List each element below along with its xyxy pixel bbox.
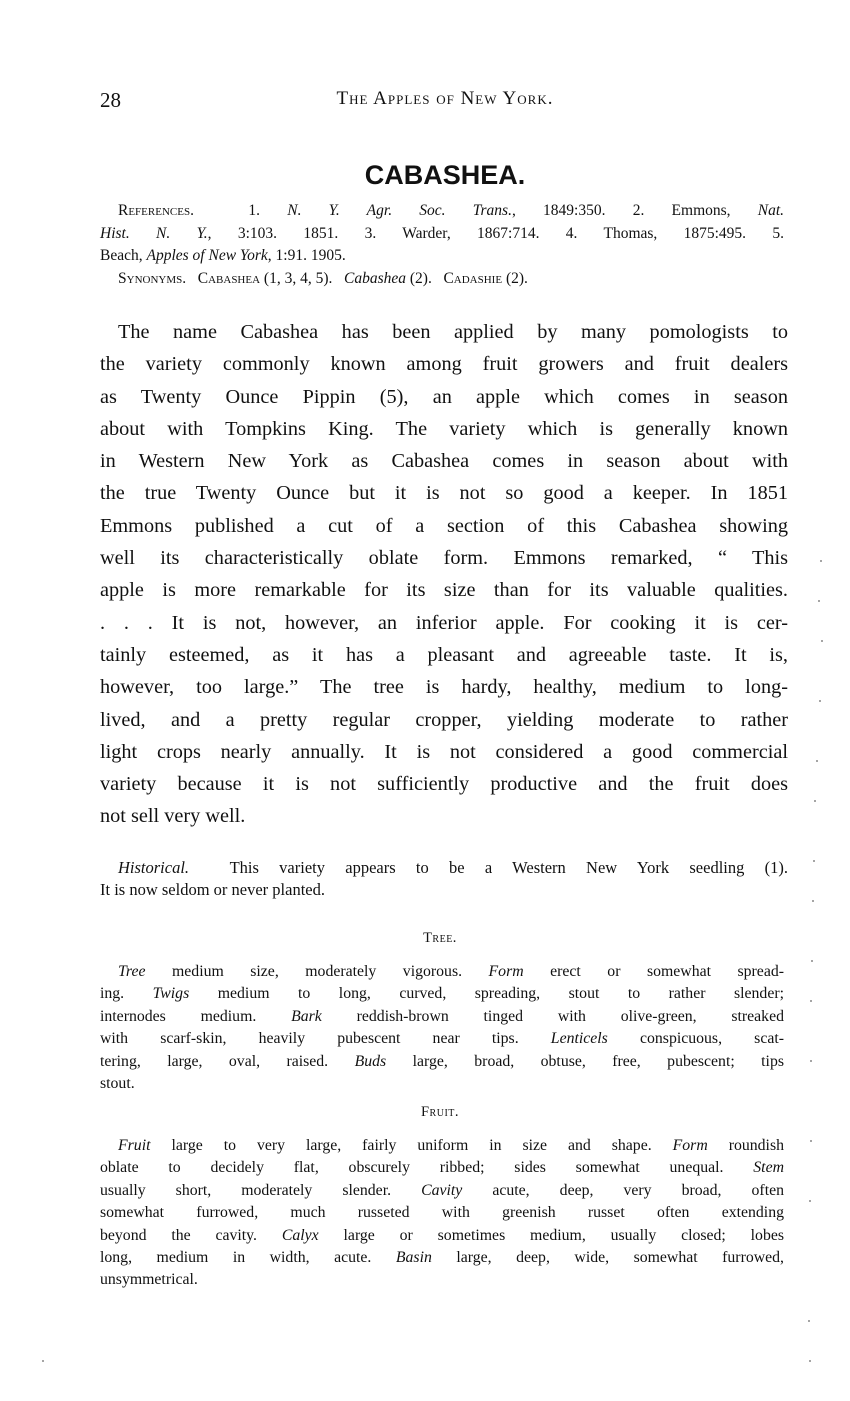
desc: with scarf-skin, heavily pubescent near … <box>100 1030 551 1047</box>
desc: internodes medium. <box>100 1008 291 1025</box>
tree-line: tering, large, oval, raised. Buds large,… <box>100 1051 784 1073</box>
desc: large to very large, fairly uniform in s… <box>150 1137 672 1154</box>
body-line: lived, and a pretty regular cropper, yie… <box>100 704 788 736</box>
desc: usually short, moderately slender. <box>100 1182 421 1199</box>
body-line: about with Tompkins King. The variety wh… <box>100 413 788 445</box>
fruit-line: oblate to decidely flat, obscurely ribbe… <box>100 1157 784 1179</box>
ref-title: Hist. N. Y. <box>100 225 208 242</box>
references-line: Hist. N. Y., 3:103. 1851. 3. Warder, 186… <box>100 223 784 246</box>
body-paragraph: The name Cabashea has been applied by ma… <box>100 316 788 833</box>
term: Twigs <box>153 985 190 1002</box>
body-line: The name Cabashea has been applied by ma… <box>100 316 788 348</box>
ref-title: Nat. <box>758 202 784 219</box>
desc: large, broad, obtuse, free, pubescent; t… <box>386 1053 784 1070</box>
references-line: Beach, Apples of New York, 1:91. 1905. <box>100 245 784 268</box>
fruit-line: beyond the cavity. Calyx large or someti… <box>100 1225 784 1247</box>
section-heading-tree: Tree. <box>0 930 850 947</box>
fruit-description: Fruit large to very large, fairly unifor… <box>100 1135 784 1292</box>
synonym: Cadashie <box>443 270 502 287</box>
historical-label: Historical. <box>118 858 189 877</box>
ref-text: , 1849:350. 2. Emmons, <box>512 202 758 219</box>
references-line: References. 1. N. Y. Agr. Soc. Trans., 1… <box>100 200 784 223</box>
tree-line: internodes medium. Bark reddish-brown ti… <box>100 1006 784 1028</box>
term: Tree <box>118 963 146 980</box>
references-block: References. 1. N. Y. Agr. Soc. Trans., 1… <box>100 200 784 290</box>
synonyms-label: Synonyms. <box>118 270 186 287</box>
term: Fruit <box>118 1137 150 1154</box>
term: Bark <box>291 1008 322 1025</box>
synonym: Cabashea <box>198 270 260 287</box>
desc: beyond the cavity. <box>100 1227 282 1244</box>
synonyms-line: Synonyms. Cabashea (1, 3, 4, 5). Cabashe… <box>100 268 784 291</box>
desc: tering, large, oval, raised. <box>100 1053 355 1070</box>
term: Stem <box>753 1159 784 1176</box>
term: Calyx <box>282 1227 319 1244</box>
desc: long, medium in width, acute. <box>100 1249 396 1266</box>
desc: erect or somewhat spread- <box>524 963 784 980</box>
body-line: not sell very well. <box>100 800 788 832</box>
desc: medium to long, curved, spreading, stout… <box>189 985 784 1002</box>
running-head: The Apples of New York. <box>0 88 850 110</box>
tree-line: ing. Twigs medium to long, curved, sprea… <box>100 983 784 1005</box>
fruit-line: long, medium in width, acute. Basin larg… <box>100 1247 784 1269</box>
desc: oblate to decidely flat, obscurely ribbe… <box>100 1159 753 1176</box>
references-label: References. <box>118 202 194 219</box>
desc: large or sometimes medium, usually close… <box>319 1227 784 1244</box>
desc: conspicuous, scat- <box>608 1030 784 1047</box>
body-line: tainly esteemed, as it has a pleasant an… <box>100 639 788 671</box>
body-line: however, too large.” The tree is hardy, … <box>100 671 788 703</box>
body-line: . . . It is not, however, an inferior ap… <box>100 607 788 639</box>
historical-paragraph: Historical. This variety appears to be a… <box>100 857 788 901</box>
ref-text: 1. <box>248 202 287 219</box>
body-line: Emmons published a cut of a section of t… <box>100 510 788 542</box>
term: Buds <box>355 1053 387 1070</box>
fruit-line: Fruit large to very large, fairly unifor… <box>100 1135 784 1157</box>
historical-line: It is now seldom or never planted. <box>100 879 788 901</box>
body-line: light crops nearly annually. It is not c… <box>100 736 788 768</box>
historical-text: This variety appears to be a Western New… <box>230 858 788 877</box>
synonym-refs: (1, 3, 4, 5). <box>264 270 332 287</box>
desc: acute, deep, very broad, often <box>462 1182 784 1199</box>
tree-line: stout. <box>100 1073 784 1095</box>
ref-text: , 3:103. 1851. 3. Warder, 1867:714. 4. T… <box>208 225 784 242</box>
fruit-line: unsymmetrical. <box>100 1269 784 1291</box>
term: Lenticels <box>551 1030 608 1047</box>
body-line: well its characteristically oblate form.… <box>100 542 788 574</box>
body-line: the true Twenty Ounce but it is not so g… <box>100 477 788 509</box>
body-line: variety because it is not sufficiently p… <box>100 768 788 800</box>
fruit-line: somewhat furrowed, much russeted with gr… <box>100 1202 784 1224</box>
synonym-refs: (2). <box>506 270 528 287</box>
section-heading-fruit: Fruit. <box>0 1104 850 1121</box>
ref-title: N. Y. Agr. Soc. Trans. <box>287 202 512 219</box>
fruit-line: usually short, moderately slender. Cavit… <box>100 1180 784 1202</box>
tree-line: with scarf-skin, heavily pubescent near … <box>100 1028 784 1050</box>
page-title: CABASHEA. <box>0 160 850 191</box>
synonym: Cabashea <box>344 270 406 287</box>
body-line: as Twenty Ounce Pippin (5), an apple whi… <box>100 381 788 413</box>
term: Basin <box>396 1249 432 1266</box>
desc: ing. <box>100 985 153 1002</box>
desc: large, deep, wide, somewhat furrowed, <box>432 1249 784 1266</box>
desc: reddish-brown tinged with olive-green, s… <box>322 1008 784 1025</box>
ref-title: Apples of New York <box>146 247 267 264</box>
historical-line: Historical. This variety appears to be a… <box>100 857 788 879</box>
body-line: the variety commonly known among fruit g… <box>100 348 788 380</box>
tree-line: Tree medium size, moderately vigorous. F… <box>100 961 784 983</box>
term: Form <box>673 1137 708 1154</box>
body-line: apple is more remarkable for its size th… <box>100 574 788 606</box>
desc: roundish <box>708 1137 784 1154</box>
ref-text: , 1:91. 1905. <box>268 247 346 264</box>
body-line: in Western New York as Cabashea comes in… <box>100 445 788 477</box>
synonym-refs: (2). <box>410 270 432 287</box>
tree-description: Tree medium size, moderately vigorous. F… <box>100 961 784 1095</box>
term: Form <box>489 963 524 980</box>
term: Cavity <box>421 1182 462 1199</box>
desc: medium size, moderately vigorous. <box>146 963 489 980</box>
ref-text: Beach, <box>100 247 146 264</box>
